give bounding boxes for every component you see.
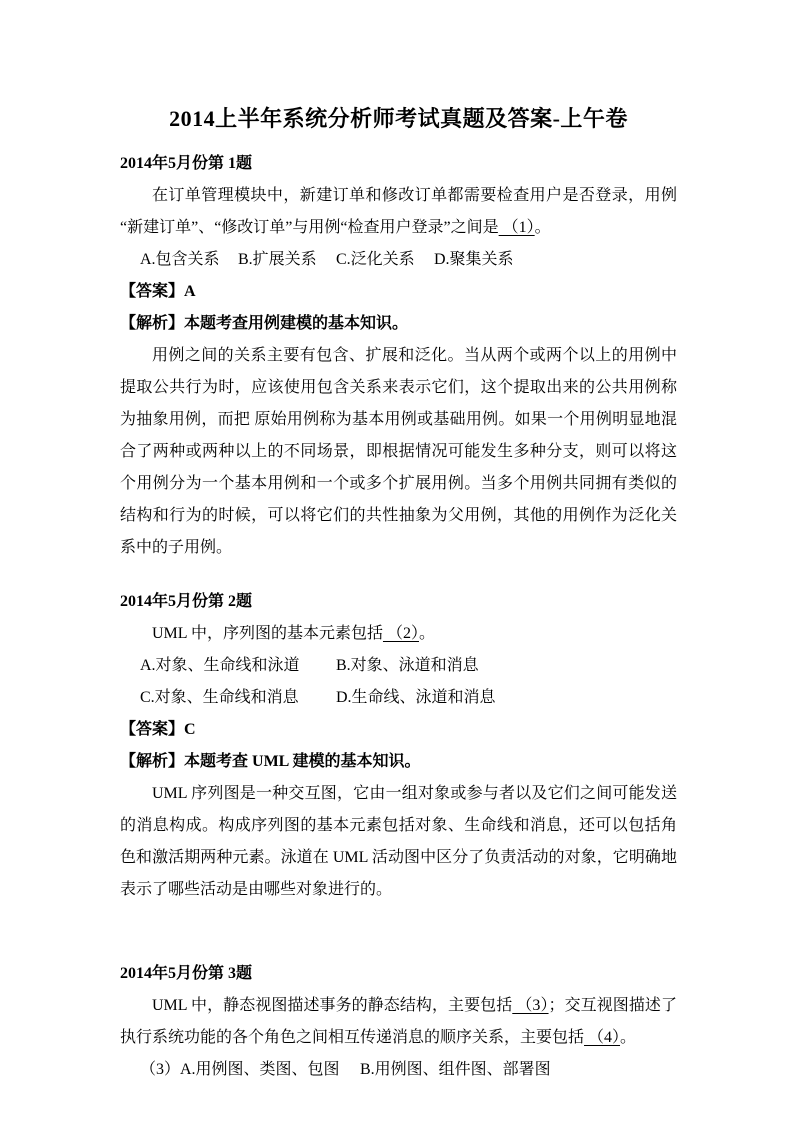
- question-2-analysis-body: UML 序列图是一种交互图，它由一组对象或参与者以及它们之间可能发送的消息构成。…: [120, 778, 677, 906]
- question-1-stem-end: 。: [535, 219, 551, 236]
- question-1-option-d: D.聚集关系: [434, 244, 514, 276]
- question-3-stem-text-1: UML 中，静态视图描述事务的静态结构，主要包括: [152, 997, 512, 1014]
- question-2-answer-line: 【答案】C: [120, 714, 677, 746]
- analysis-label: 【解析】: [120, 753, 184, 770]
- document-body: { "document": { "title": "2014上半年系统分析师考试…: [0, 0, 794, 1123]
- question-1-heading: 2014年5月份第 1题: [120, 148, 677, 180]
- question-1-analysis-title: 本题考查用例建模的基本知识。: [184, 315, 408, 332]
- document-page: 2014上半年系统分析师考试真题及答案-上午卷 2014年5月份第 1题 在订单…: [0, 0, 794, 1123]
- question-1-stem-text: 在订单管理模块中，新建订单和修改订单都需要检查用户是否登录，用例“新建订单”、“…: [120, 187, 677, 236]
- question-1-options: A.包含关系 B.扩展关系 C.泛化关系 D.聚集关系: [120, 244, 677, 276]
- question-2-option-c: C.对象、生命线和消息: [140, 682, 336, 714]
- question-3-options-row-1: （3）A.用例图、类图、包图 B.用例图、组件图、部署图: [120, 1054, 677, 1086]
- question-3-blank-4: （4）: [584, 1029, 620, 1046]
- question-2-option-b: B.对象、泳道和消息: [336, 650, 479, 682]
- question-2-analysis-line: 【解析】本题考查 UML 建模的基本知识。: [120, 746, 677, 778]
- question-2-stem-end: 。: [419, 625, 435, 642]
- question-1-option-b: B.扩展关系: [238, 244, 336, 276]
- question-1-option-c: C.泛化关系: [336, 244, 434, 276]
- question-3-option-b: B.用例图、组件图、部署图: [360, 1054, 551, 1086]
- question-3-heading: 2014年5月份第 3题: [120, 958, 677, 990]
- question-3-stem-end: 。: [620, 1029, 636, 1046]
- question-3-option-a: （3）A.用例图、类图、包图: [140, 1054, 360, 1086]
- analysis-label: 【解析】: [120, 315, 184, 332]
- question-1: 2014年5月份第 1题 在订单管理模块中，新建订单和修改订单都需要检查用户是否…: [120, 148, 677, 564]
- question-2-stem: UML 中，序列图的基本元素包括 （2）。: [120, 618, 677, 650]
- answer-label: 【答案】: [120, 283, 184, 300]
- question-1-answer-value: A: [184, 283, 196, 300]
- question-1-stem: 在订单管理模块中，新建订单和修改订单都需要检查用户是否登录，用例“新建订单”、“…: [120, 180, 677, 244]
- question-2-analysis-title: 本题考查 UML 建模的基本知识。: [184, 753, 420, 770]
- question-2-answer-value: C: [184, 721, 196, 738]
- question-2: 2014年5月份第 2题 UML 中，序列图的基本元素包括 （2）。 A.对象、…: [120, 586, 677, 906]
- document-title: 2014上半年系统分析师考试真题及答案-上午卷: [120, 104, 677, 134]
- question-1-answer-line: 【答案】A: [120, 276, 677, 308]
- question-2-option-d: D.生命线、泳道和消息: [336, 682, 496, 714]
- question-2-heading: 2014年5月份第 2题: [120, 586, 677, 618]
- question-2-options-row-1: A.对象、生命线和泳道 B.对象、泳道和消息: [120, 650, 677, 682]
- question-1-blank-1: （1）: [499, 219, 535, 236]
- question-3-stem: UML 中，静态视图描述事务的静态结构，主要包括 （3）；交互视图描述了执行系统…: [120, 990, 677, 1054]
- question-2-options-row-2: C.对象、生命线和消息 D.生命线、泳道和消息: [120, 682, 677, 714]
- answer-label: 【答案】: [120, 721, 184, 738]
- question-2-blank-2: （2）: [383, 625, 419, 642]
- question-2-option-a: A.对象、生命线和泳道: [140, 650, 336, 682]
- question-1-analysis-body: 用例之间的关系主要有包含、扩展和泛化。当从两个或两个以上的用例中提取公共行为时，…: [120, 340, 677, 564]
- question-1-analysis-line: 【解析】本题考查用例建模的基本知识。: [120, 308, 677, 340]
- question-2-stem-text: UML 中，序列图的基本元素包括: [152, 625, 383, 642]
- question-1-option-a: A.包含关系: [140, 244, 238, 276]
- question-3: 2014年5月份第 3题 UML 中，静态视图描述事务的静态结构，主要包括 （3…: [120, 958, 677, 1086]
- question-3-blank-3: （3）: [512, 997, 548, 1014]
